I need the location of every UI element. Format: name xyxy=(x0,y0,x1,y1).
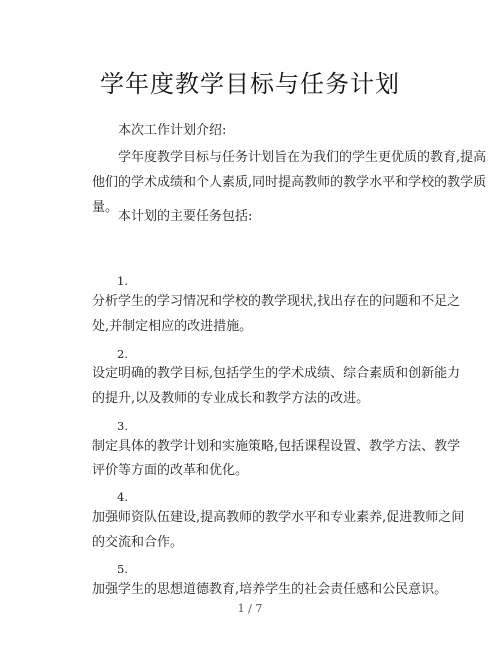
task-number-3: 3. xyxy=(117,418,447,434)
page-indicator: 1 / 7 xyxy=(0,602,500,615)
task-5-line-1: 加强学生的思想道德教育,培养学生的社会责任感和公民意识。 xyxy=(92,582,422,598)
intro-paragraph-line-2: 他们的学术成绩和个人素质,同时提高教师的教学水平和学校的教学质 xyxy=(92,175,422,191)
task-3-line-2: 评价等方面的改革和优化。 xyxy=(92,463,422,479)
task-number-2: 2. xyxy=(117,346,447,362)
task-number-4: 4. xyxy=(117,489,447,505)
task-4-line-2: 的交流和合作。 xyxy=(92,535,422,551)
task-number-1: 1. xyxy=(117,273,447,289)
task-4-line-1: 加强师资队伍建设,提高教师的教学水平和专业素养,促进教师之间 xyxy=(92,510,422,526)
task-1-line-1: 分析学生的学习情况和学校的教学现状,找出存在的问题和不足之 xyxy=(92,294,422,310)
task-2-line-2: 的提升,以及教师的专业成长和教学方法的改进。 xyxy=(92,391,422,407)
task-number-5: 5. xyxy=(117,561,447,577)
document-title: 学年度教学目标与任务计划 xyxy=(0,64,500,99)
task-1-line-2: 处,并制定相应的改进措施。 xyxy=(92,319,422,335)
intro-paragraph-line-1: 学年度教学目标与任务计划旨在为我们的学生更优质的教育,提高 xyxy=(118,150,424,166)
tasks-heading: 本计划的主要任务包括: xyxy=(118,209,448,225)
task-3-line-1: 制定具体的教学计划和实施策略,包括课程设置、教学方法、教学 xyxy=(92,439,422,455)
intro-heading: 本次工作计划介绍: xyxy=(118,123,448,139)
document-page: 学年度教学目标与任务计划 本次工作计划介绍: 学年度教学目标与任务计划旨在为我们… xyxy=(0,0,500,647)
task-2-line-1: 设定明确的教学目标,包括学生的学术成绩、综合素质和创新能力 xyxy=(92,366,422,382)
